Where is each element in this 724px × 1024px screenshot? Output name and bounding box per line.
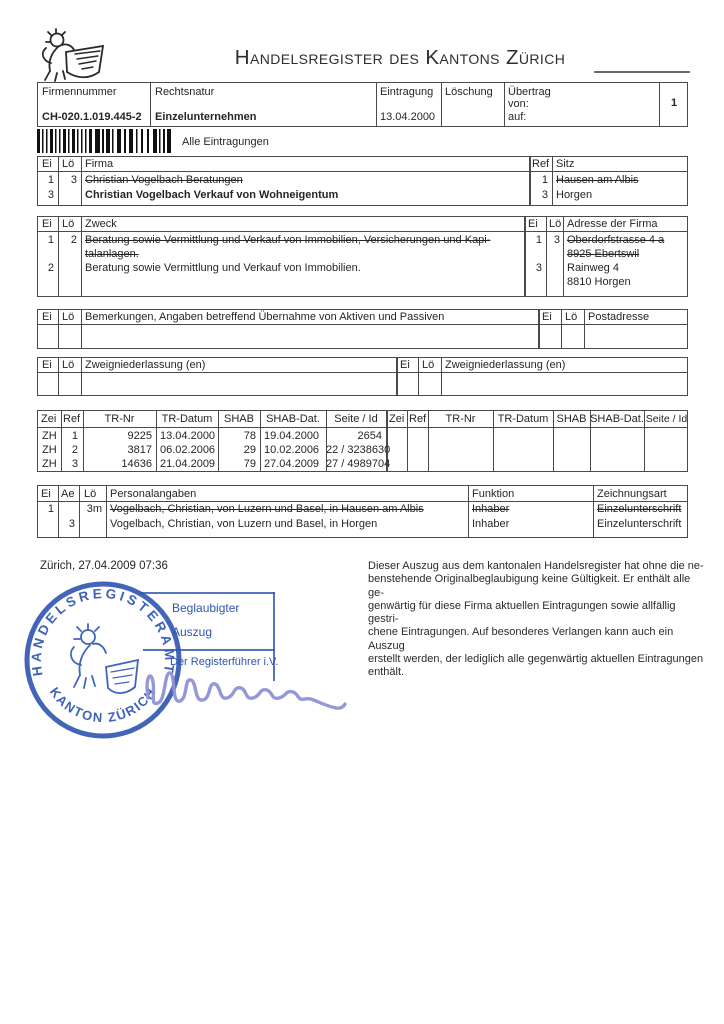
eintragung-label: Eintragung bbox=[380, 86, 433, 99]
legal-line: Dieser Auszug aus dem kantonalen Handels… bbox=[368, 560, 708, 573]
zweigniederlassung-table: Ei Lö Zweigniederlassung (en) Ei Lö Zwei… bbox=[37, 357, 688, 396]
register-extract-page: Handelsregister des Kantons Zürich Firme… bbox=[0, 0, 724, 1024]
j-hdr-ref: Ref bbox=[63, 413, 80, 426]
j-r3-shab: 79 bbox=[218, 458, 256, 471]
j-r1-trnr: 9225 bbox=[83, 430, 152, 443]
post-hdr-lo: Lö bbox=[565, 311, 577, 324]
post-hdr-ei: Ei bbox=[542, 311, 552, 324]
firma-hdr-firma: Firma bbox=[85, 158, 113, 171]
zweig-hdr-lo: Lö bbox=[62, 359, 74, 372]
bem-hdr-lo: Lö bbox=[62, 311, 74, 324]
p-hdr-zeichnungsart: Zeichnungsart bbox=[597, 488, 667, 501]
personal-table: Ei Ae Lö Personalangaben Funktion Zeichn… bbox=[37, 485, 688, 538]
legal-line: erstellt werden, der lediglich alle gege… bbox=[368, 653, 708, 666]
header-table: Firmennummer CH-020.1.019.445-2 Rechtsna… bbox=[37, 82, 688, 127]
adresse-r1-line1: Oberdorfstrasse 4 a bbox=[567, 234, 664, 247]
p-r1-zeichnungsart: Einzelunterschrift bbox=[597, 503, 681, 516]
page-title: Handelsregister des Kantons Zürich bbox=[110, 46, 690, 70]
j-r1-ref: 1 bbox=[61, 430, 78, 443]
barcode bbox=[37, 129, 175, 153]
zweck-r2-text: Beratung sowie Vermittlung und Verkauf v… bbox=[85, 262, 361, 275]
j-r3-zei: ZH bbox=[42, 458, 57, 471]
j-hdr-trnr: TR-Nr bbox=[83, 413, 156, 426]
p-r2-zeichnungsart: Einzelunterschrift bbox=[597, 518, 681, 531]
bem-hdr-label: Bemerkungen, Angaben betreffend Übernahm… bbox=[85, 311, 444, 324]
place-date: Zürich, 27.04.2009 07:36 bbox=[40, 560, 168, 573]
p-hdr-ae: Ae bbox=[61, 488, 74, 501]
zweck-r2-ei: 2 bbox=[38, 262, 54, 275]
firma-r2-ref: 3 bbox=[529, 189, 548, 202]
j-r2-trnr: 3817 bbox=[83, 444, 152, 457]
j-r2-ref: 2 bbox=[61, 444, 78, 457]
j-r2-trdatum: 06.02.2006 bbox=[160, 444, 215, 457]
j-r1-seite: 2654 bbox=[326, 430, 382, 443]
firma-r1-text: Christian Vogelbach Beratungen bbox=[85, 174, 243, 187]
zweck-r1-line1: Beratung sowie Vermittlung und Verkauf v… bbox=[85, 234, 490, 247]
loeschung-label: Löschung bbox=[445, 86, 493, 99]
rechtsnatur-value: Einzelunternehmen bbox=[155, 111, 256, 124]
p-hdr-ei: Ei bbox=[41, 488, 51, 501]
legal-line: benstehende Originalbeglaubigung keine G… bbox=[368, 573, 708, 600]
adresse-r2-line2: 8810 Horgen bbox=[567, 276, 631, 289]
p-hdr-label: Personalangaben bbox=[110, 488, 196, 501]
j-r3-trdatum: 21.04.2009 bbox=[160, 458, 215, 471]
signature bbox=[138, 658, 353, 722]
uebertrag-von-label: von: bbox=[508, 98, 529, 111]
j-hdr-zei: Zei bbox=[41, 413, 56, 426]
j2-hdr-trnr: TR-Nr bbox=[428, 413, 493, 426]
p-r1-funktion: Inhaber bbox=[472, 503, 509, 516]
j-r2-shabdat: 10.02.2006 bbox=[264, 444, 319, 457]
firma-hdr-ei: Ei bbox=[42, 158, 52, 171]
j-r1-shab: 78 bbox=[218, 430, 256, 443]
adresse-r2-ei: 3 bbox=[524, 262, 542, 275]
legal-line: enthält. bbox=[368, 666, 708, 679]
zweck-r1-lo: 2 bbox=[59, 234, 77, 247]
j-r1-trdatum: 13.04.2000 bbox=[160, 430, 215, 443]
firma-hdr-ref: Ref bbox=[532, 158, 549, 171]
j-r2-zei: ZH bbox=[42, 444, 57, 457]
j2-hdr-zei: Zei bbox=[389, 413, 404, 426]
j-hdr-shab: SHAB bbox=[218, 413, 260, 426]
journal-table: Zei Ref TR-Nr TR-Datum SHAB SHAB-Dat. Se… bbox=[37, 410, 688, 472]
zweig-hdr-label: Zweigniederlassung (en) bbox=[85, 359, 205, 372]
legal-line: chene Eintragungen. Auf besonderes Verla… bbox=[368, 626, 708, 653]
bem-hdr-ei: Ei bbox=[42, 311, 52, 324]
firma-hdr-lo: Lö bbox=[62, 158, 74, 171]
rechtsnatur-label: Rechtsnatur bbox=[155, 86, 214, 99]
firma-r2-ei: 3 bbox=[38, 189, 54, 202]
j-r1-zei: ZH bbox=[42, 430, 57, 443]
adresse-hdr-lo: Lö bbox=[549, 218, 561, 231]
j-hdr-trdatum: TR-Datum bbox=[156, 413, 218, 426]
j2-hdr-trdatum: TR-Datum bbox=[493, 413, 553, 426]
firma-r1-ref: 1 bbox=[529, 174, 548, 187]
eintragung-value: 13.04.2000 bbox=[380, 111, 435, 124]
firma-r1-sitz: Hausen am Albis bbox=[556, 174, 639, 187]
j-r1-shabdat: 19.04.2000 bbox=[264, 430, 319, 443]
adresse-r1-ei: 1 bbox=[524, 234, 542, 247]
zweck-hdr-ei: Ei bbox=[42, 218, 52, 231]
adresse-r1-line2: 8925 Ebertswil bbox=[567, 248, 639, 261]
zweig2-hdr-ei: Ei bbox=[400, 359, 410, 372]
p-hdr-funktion: Funktion bbox=[472, 488, 514, 501]
firma-r2-text: Christian Vogelbach Verkauf von Wohneige… bbox=[85, 189, 338, 202]
p-hdr-lo: Lö bbox=[84, 488, 96, 501]
bemerkungen-table: Ei Lö Bemerkungen, Angaben betreffend Üb… bbox=[37, 309, 688, 349]
p-r1-ei: 1 bbox=[38, 503, 54, 516]
p-r2-text: Vogelbach, Christian, von Luzern und Bas… bbox=[110, 518, 377, 531]
p-r1-text: Vogelbach, Christian, von Luzern und Bas… bbox=[110, 503, 424, 516]
j2-hdr-seite: Seite / Id bbox=[644, 413, 689, 426]
adresse-r1-lo: 3 bbox=[547, 234, 560, 247]
zweig2-hdr-lo: Lö bbox=[422, 359, 434, 372]
zweck-hdr-label: Zweck bbox=[85, 218, 117, 231]
j-r2-shab: 29 bbox=[218, 444, 256, 457]
title-rule bbox=[594, 71, 690, 73]
j-r3-seite: 27 / 4989704 bbox=[326, 458, 382, 471]
j-r3-ref: 3 bbox=[61, 458, 78, 471]
j2-hdr-shabdat: SHAB-Dat. bbox=[590, 413, 644, 426]
barcode-label: Alle Eintragungen bbox=[182, 136, 269, 149]
zweck-r1-ei: 1 bbox=[38, 234, 54, 247]
zweck-r1-line2: talanlagen. bbox=[85, 248, 139, 261]
canton-lion-logo-icon bbox=[36, 27, 118, 85]
j-hdr-seite: Seite / Id bbox=[326, 413, 386, 426]
zweck-table: Ei Lö Zweck Ei Lö Adresse der Firma 1 2 … bbox=[37, 216, 688, 297]
firmennummer-value: CH-020.1.019.445-2 bbox=[42, 111, 142, 124]
zweig2-hdr-label: Zweigniederlassung (en) bbox=[445, 359, 565, 372]
p-r2-ae: 3 bbox=[58, 518, 75, 531]
firma-r1-lo: 3 bbox=[59, 174, 77, 187]
zweig-hdr-ei: Ei bbox=[42, 359, 52, 372]
firma-hdr-sitz: Sitz bbox=[556, 158, 574, 171]
zweck-hdr-lo: Lö bbox=[62, 218, 74, 231]
firma-table: Ei Lö Firma Ref Sitz 1 3 Christian Vogel… bbox=[37, 156, 688, 206]
adresse-hdr-ei: Ei bbox=[528, 218, 538, 231]
j2-hdr-shab: SHAB bbox=[553, 413, 590, 426]
adresse-r2-line1: Rainweg 4 bbox=[567, 262, 619, 275]
page-number: 1 bbox=[659, 97, 689, 110]
firma-r1-ei: 1 bbox=[38, 174, 54, 187]
p-r1-lo: 3m bbox=[79, 503, 102, 516]
j-r3-trnr: 14636 bbox=[83, 458, 152, 471]
legal-line: genwärtig für diese Firma aktuellen Eint… bbox=[368, 600, 708, 627]
firmennummer-label: Firmennummer bbox=[42, 86, 117, 99]
j-r2-seite: 22 / 3238630 bbox=[326, 444, 382, 457]
legal-note: Dieser Auszug aus dem kantonalen Handels… bbox=[368, 560, 708, 680]
j-hdr-shabdat: SHAB-Dat. bbox=[260, 413, 326, 426]
adresse-hdr-label: Adresse der Firma bbox=[567, 218, 657, 231]
p-r2-funktion: Inhaber bbox=[472, 518, 509, 531]
j2-hdr-ref: Ref bbox=[409, 413, 426, 426]
post-hdr-label: Postadresse bbox=[588, 311, 649, 324]
uebertrag-auf-label: auf: bbox=[508, 111, 526, 124]
firma-r2-sitz: Horgen bbox=[556, 189, 592, 202]
j-r3-shabdat: 27.04.2009 bbox=[264, 458, 319, 471]
